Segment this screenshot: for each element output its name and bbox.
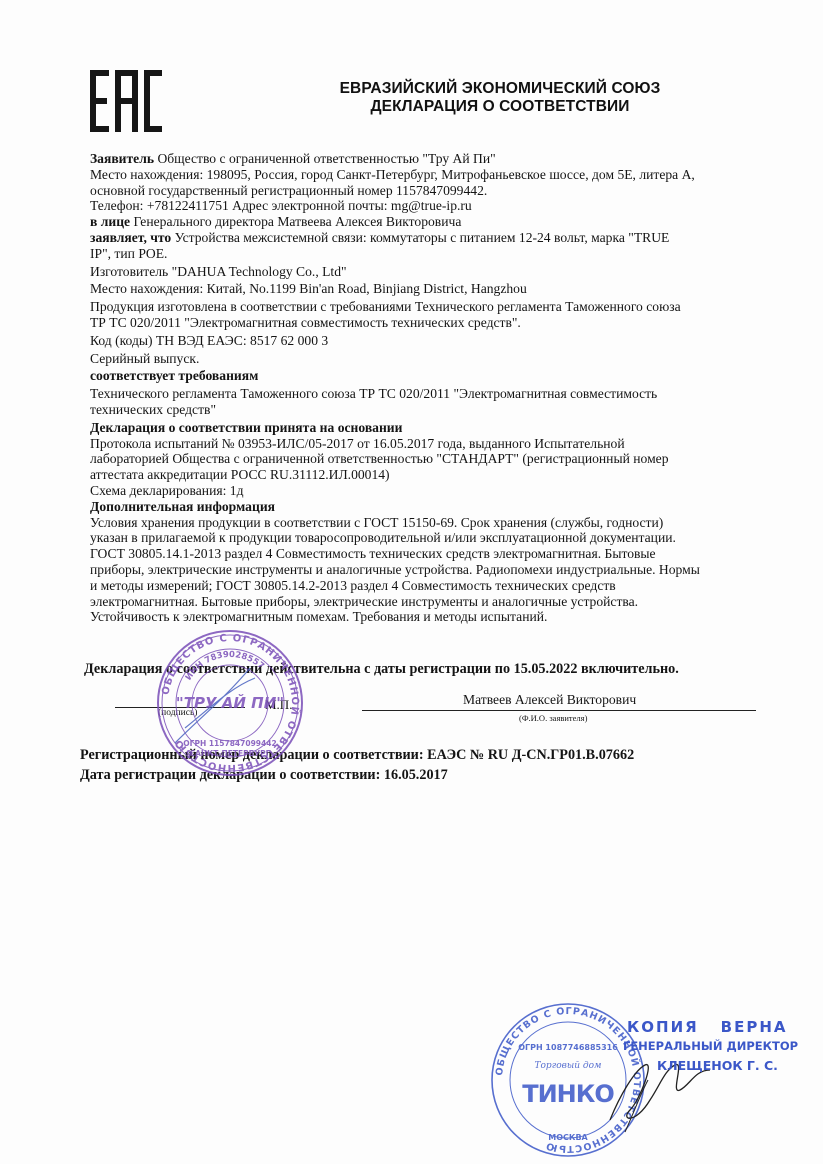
in-person-label: в лице	[90, 214, 130, 229]
true-word: ВЕРНА	[721, 1018, 788, 1036]
requirements-heading: соответствует требованиям	[90, 368, 780, 384]
applicant-stamp: ОБЩЕСТВО С ОГРАНИЧЕННОЙ ОТВЕТСТВЕННОСТЬЮ…	[155, 628, 305, 778]
document-title: ЕВРАЗИЙСКИЙ ЭКОНОМИЧЕСКИЙ СОЮЗ ДЕКЛАРАЦИ…	[300, 80, 700, 116]
declaration-page: ЕВРАЗИЙСКИЙ ЭКОНОМИЧЕСКИЙ СОЮЗ ДЕКЛАРАЦИ…	[0, 0, 823, 1164]
copy-word: КОПИЯ	[627, 1018, 699, 1036]
release-type: Серийный выпуск.	[90, 351, 780, 367]
eac-logo	[88, 68, 164, 134]
basis-line-1: Протокола испытаний № 03953-ИЛС/05-2017 …	[90, 436, 780, 452]
applicant-value: Общество с ограниченной ответственностью…	[157, 151, 495, 166]
svg-text:МОСКВА: МОСКВА	[548, 1133, 588, 1142]
requirements-line-1: Технического регламента Таможенного союз…	[90, 386, 780, 402]
certified-copy-note: КОПИЯВЕРНА ГЕНЕРАЛЬНЫЙ ДИРЕКТОР КЛЕЩЕНОК…	[625, 1018, 798, 1073]
director-position: ГЕНЕРАЛЬНЫЙ ДИРЕКТОР	[623, 1039, 798, 1053]
basis-line-3: аттестата аккредитации РОСС RU.31112.ИЛ.…	[90, 467, 780, 483]
additional-line: электромагнитная. Бытовые приборы, элект…	[90, 594, 780, 610]
declares-value: Устройства межсистемной связи: коммутато…	[175, 230, 670, 245]
additional-line: и методы измерений; ГОСТ 30805.14.2-2013…	[90, 578, 780, 594]
svg-text:ОГРН 1157847099442: ОГРН 1157847099442	[183, 739, 276, 748]
signatory-name: Матвеев Алексей Викторович	[463, 692, 636, 708]
applicant-contacts: Телефон: +78122411751 Адрес электронной …	[90, 198, 780, 214]
declaration-body: Заявитель Общество с ограниченной ответс…	[90, 151, 780, 625]
additional-heading: Дополнительная информация	[90, 499, 780, 515]
title-union: ЕВРАЗИЙСКИЙ ЭКОНОМИЧЕСКИЙ СОЮЗ	[300, 80, 700, 98]
basis-heading: Декларация о соответствии принята на осн…	[90, 420, 780, 436]
additional-line: Условия хранения продукции в соответстви…	[90, 515, 780, 531]
applicant-address-2: основной государственный регистрационный…	[90, 183, 780, 199]
declares-line-2: IP", тип POE.	[90, 246, 780, 262]
hs-code: Код (коды) ТН ВЭД ЕАЭС: 8517 62 000 3	[90, 333, 780, 349]
basis-line-2: лабораторией Общества с ограниченной отв…	[90, 451, 780, 467]
manufacturer: Изготовитель "DAHUA Technology Co., Ltd"	[90, 264, 780, 280]
director-name: КЛЕЩЕНОК Г. С.	[657, 1058, 798, 1073]
applicant-address-1: Место нахождения: 198095, Россия, город …	[90, 167, 780, 183]
title-declaration: ДЕКЛАРАЦИЯ О СООТВЕТСТВИИ	[300, 98, 700, 116]
additional-line: ГОСТ 30805.14.1-2013 раздел 4 Совместимо…	[90, 546, 780, 562]
declares-line: заявляет, что Устройства межсистемной св…	[90, 230, 780, 246]
name-caption: (Ф.И.О. заявителя)	[519, 713, 587, 723]
additional-line: приборы, электрические инструменты и ана…	[90, 562, 780, 578]
svg-text:"ТРУ АЙ ПИ": "ТРУ АЙ ПИ"	[176, 693, 284, 712]
in-person-line: в лице Генерального директора Матвеева А…	[90, 214, 780, 230]
compliance-line-1: Продукция изготовлена в соответствии с т…	[90, 299, 780, 315]
name-line	[362, 710, 756, 711]
in-person-value: Генерального директора Матвеева Алексея …	[133, 214, 461, 229]
declaration-scheme: Схема декларирования: 1д	[90, 483, 780, 499]
requirements-line-2: технических средств"	[90, 402, 780, 418]
applicant-line: Заявитель Общество с ограниченной ответс…	[90, 151, 780, 167]
additional-line: указан в прилагаемой к продукции товарос…	[90, 530, 780, 546]
declares-label: заявляет, что	[90, 230, 171, 245]
svg-text:САНКТ-ПЕТЕРБУРГ: САНКТ-ПЕТЕРБУРГ	[190, 749, 271, 758]
additional-line: Устойчивость к электромагнитным помехам.…	[90, 609, 780, 625]
compliance-line-2: ТР ТС 020/2011 "Электромагнитная совмест…	[90, 315, 780, 331]
manufacturer-address: Место нахождения: Китай, No.1199 Bin'an …	[90, 281, 780, 297]
applicant-label: Заявитель	[90, 151, 154, 166]
svg-text:Торговый дом: Торговый дом	[535, 1061, 602, 1071]
